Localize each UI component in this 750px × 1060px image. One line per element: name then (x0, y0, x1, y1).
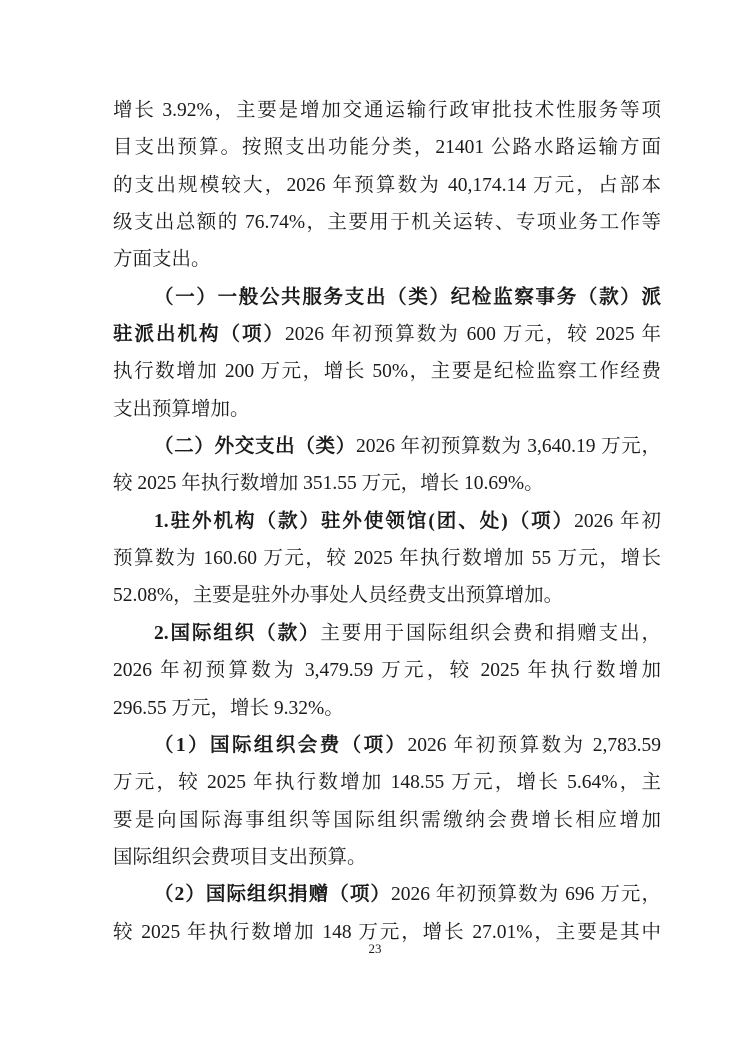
heading-run: （2）国际组织捐赠（项） (154, 884, 391, 905)
text-run: 2026 年初 (574, 511, 661, 532)
text-run: 主要用于国际组织会费和捐赠支出， (320, 623, 661, 644)
text-run: 万元，较 2025 年执行数增加 148.55 万元，增长 5.64%，主 (113, 772, 661, 793)
text-run: 52.08%，主要是驻外办事处人员经费支出预算增加。 (113, 585, 563, 606)
text-line: 的支出规模较大，2026 年预算数为 40,174.14 万元，占部本 (113, 167, 661, 204)
text-line: 要是向国际海事组织等国际组织需缴纳会费增长相应增加 (113, 802, 661, 839)
heading-run: 1.驻外机构（款）驻外使领馆(团、处)（项） (154, 511, 574, 532)
text-run: 较 2025 年执行数增加 351.55 万元，增长 10.69%。 (113, 473, 544, 494)
heading-run: 驻派出机构（项） (113, 324, 285, 345)
text-run: 2026 年初预算数为 2,783.59 (407, 735, 661, 756)
heading-run: （一）一般公共服务支出（类）纪检监察事务（款）派 (154, 287, 661, 308)
heading-line-foreign-affairs: （二）外交支出（类）2026 年初预算数为 3,640.19 万元， (113, 428, 661, 465)
text-line: 2026 年初预算数为 3,479.59 万元，较 2025 年执行数增加 (113, 652, 661, 689)
text-run: 2026 年初预算数为 3,479.59 万元，较 2025 年执行数增加 (113, 660, 661, 681)
text-line: 较 2025 年执行数增加 351.55 万元，增长 10.69%。 (113, 465, 661, 502)
heading-run: 2.国际组织（款） (154, 623, 320, 644)
heading-line-membership-fees: （1）国际组织会费（项）2026 年初预算数为 2,783.59 (113, 727, 661, 764)
text-line: 驻派出机构（项）2026 年初预算数为 600 万元，较 2025 年 (113, 316, 661, 353)
heading-run: （二）外交支出（类） (154, 436, 356, 457)
heading-run: （1）国际组织会费（项） (154, 735, 407, 756)
text-run: 国际组织会费项目支出预算。 (113, 847, 367, 868)
text-line: 执行数增加 200 万元，增长 50%，主要是纪检监察工作经费 (113, 353, 661, 390)
heading-line-overseas-agencies: 1.驻外机构（款）驻外使领馆(团、处)（项）2026 年初 (113, 503, 661, 540)
heading-line-donations: （2）国际组织捐赠（项）2026 年初预算数为 696 万元， (113, 876, 661, 913)
text-run: 方面支出。 (113, 249, 211, 270)
document-body: 增长 3.92%，主要是增加交通运输行政审批技术性服务等项 目支出预算。按照支出… (113, 92, 661, 951)
text-line: 预算数为 160.60 万元，较 2025 年执行数增加 55 万元，增长 (113, 540, 661, 577)
heading-line-international-organizations: 2.国际组织（款）主要用于国际组织会费和捐赠支出， (113, 615, 661, 652)
text-line: 级支出总额的 76.74%，主要用于机关运转、专项业务工作等 (113, 204, 661, 241)
text-run: 支出预算增加。 (113, 399, 250, 420)
text-run: 增长 3.92%，主要是增加交通运输行政审批技术性服务等项 (113, 100, 661, 121)
text-run: 要是向国际海事组织等国际组织需缴纳会费增长相应增加 (113, 810, 661, 831)
text-line: 296.55 万元，增长 9.32%。 (113, 690, 661, 727)
text-run: 级支出总额的 76.74%，主要用于机关运转、专项业务工作等 (113, 212, 661, 233)
text-line: 支出预算增加。 (113, 391, 661, 428)
text-line: 国际组织会费项目支出预算。 (113, 839, 661, 876)
text-line: 增长 3.92%，主要是增加交通运输行政审批技术性服务等项 (113, 92, 661, 129)
text-line: 方面支出。 (113, 241, 661, 278)
text-run: 2026 年初预算数为 696 万元， (391, 884, 661, 905)
text-run: 2026 年初预算数为 3,640.19 万元， (356, 436, 661, 457)
page-number: 23 (0, 940, 750, 958)
text-line: 目支出预算。按照支出功能分类，21401 公路水路运输方面 (113, 129, 661, 166)
text-run: 的支出规模较大，2026 年预算数为 40,174.14 万元，占部本 (113, 175, 661, 196)
document-page: 增长 3.92%，主要是增加交通运输行政审批技术性服务等项 目支出预算。按照支出… (0, 0, 750, 1060)
heading-line-general-public-services: （一）一般公共服务支出（类）纪检监察事务（款）派 (113, 279, 661, 316)
text-run: 2026 年初预算数为 600 万元，较 2025 年 (285, 324, 661, 345)
text-run: 目支出预算。按照支出功能分类，21401 公路水路运输方面 (113, 137, 661, 158)
text-line: 万元，较 2025 年执行数增加 148.55 万元，增长 5.64%，主 (113, 764, 661, 801)
text-run: 296.55 万元，增长 9.32%。 (113, 698, 344, 719)
text-run: 执行数增加 200 万元，增长 50%，主要是纪检监察工作经费 (113, 361, 661, 382)
text-line: 52.08%，主要是驻外办事处人员经费支出预算增加。 (113, 577, 661, 614)
text-run: 预算数为 160.60 万元，较 2025 年执行数增加 55 万元，增长 (113, 548, 661, 569)
